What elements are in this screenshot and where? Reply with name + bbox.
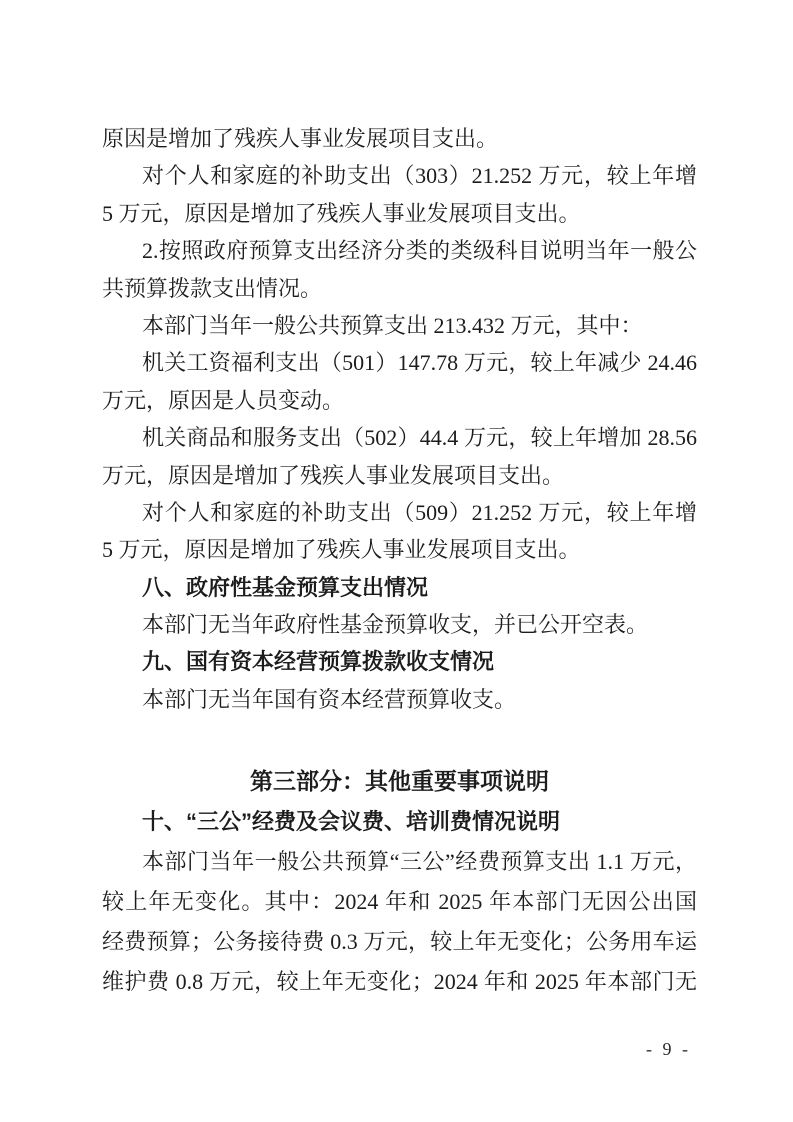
text-line: 万元，原因是增加了残疾人事业发展项目支出。: [102, 457, 697, 494]
text-line: 本部门当年一般公共预算支出 213.432 万元，其中：: [102, 307, 697, 344]
text-line: 经费预算；公务接待费 0.3 万元，较上年无变化；公务用车运行: [102, 922, 697, 962]
part-three-heading: 第三部分：其他重要事项说明: [102, 762, 697, 802]
text-line: 共预算拨款支出情况。: [102, 270, 697, 307]
document-page: 原因是增加了残疾人事业发展项目支出。 对个人和家庭的补助支出（303）21.25…: [0, 0, 793, 1122]
page-number: - 9 -: [646, 1038, 691, 1060]
text-line: 5 万元，原因是增加了残疾人事业发展项目支出。: [102, 531, 697, 568]
heading-section-8: 八、政府性基金预算支出情况: [102, 569, 697, 606]
text-line: 本部门无当年国有资本经营预算收支。: [102, 681, 697, 718]
text-line: 机关商品和服务支出（502）44.4 万元，较上年增加 28.56: [102, 419, 697, 456]
heading-section-10: 十、“三公”经费及会议费、培训费情况说明: [102, 802, 697, 842]
text-line: 对个人和家庭的补助支出（509）21.252 万元，较上年增加: [102, 494, 697, 531]
text-line: 原因是增加了残疾人事业发展项目支出。: [102, 120, 697, 157]
text-line: 万元，原因是人员变动。: [102, 382, 697, 419]
text-line: 2.按照政府预算支出经济分类的类级科目说明当年一般公: [102, 232, 697, 269]
text-line: 对个人和家庭的补助支出（303）21.252 万元，较上年增加: [102, 157, 697, 194]
text-line: 维护费 0.8 万元，较上年无变化；2024 年和 2025 年本部门无公: [102, 962, 697, 1002]
text-line: 本部门当年一般公共预算“三公”经费预算支出 1.1 万元，: [102, 842, 697, 882]
heading-section-9: 九、国有资本经营预算拨款收支情况: [102, 643, 697, 680]
text-line: 机关工资福利支出（501）147.78 万元，较上年减少 24.46: [102, 344, 697, 381]
text-line: 5 万元，原因是增加了残疾人事业发展项目支出。: [102, 195, 697, 232]
text-line: 本部门无当年政府性基金预算收支，并已公开空表。: [102, 606, 697, 643]
section-other-important-matters: 十、“三公”经费及会议费、培训费情况说明 本部门当年一般公共预算“三公”经费预算…: [102, 802, 697, 1002]
section-budget-expenditure: 原因是增加了残疾人事业发展项目支出。 对个人和家庭的补助支出（303）21.25…: [102, 120, 697, 718]
text-line: 较上年无变化。其中：2024 年和 2025 年本部门无因公出国（境）: [102, 882, 697, 922]
